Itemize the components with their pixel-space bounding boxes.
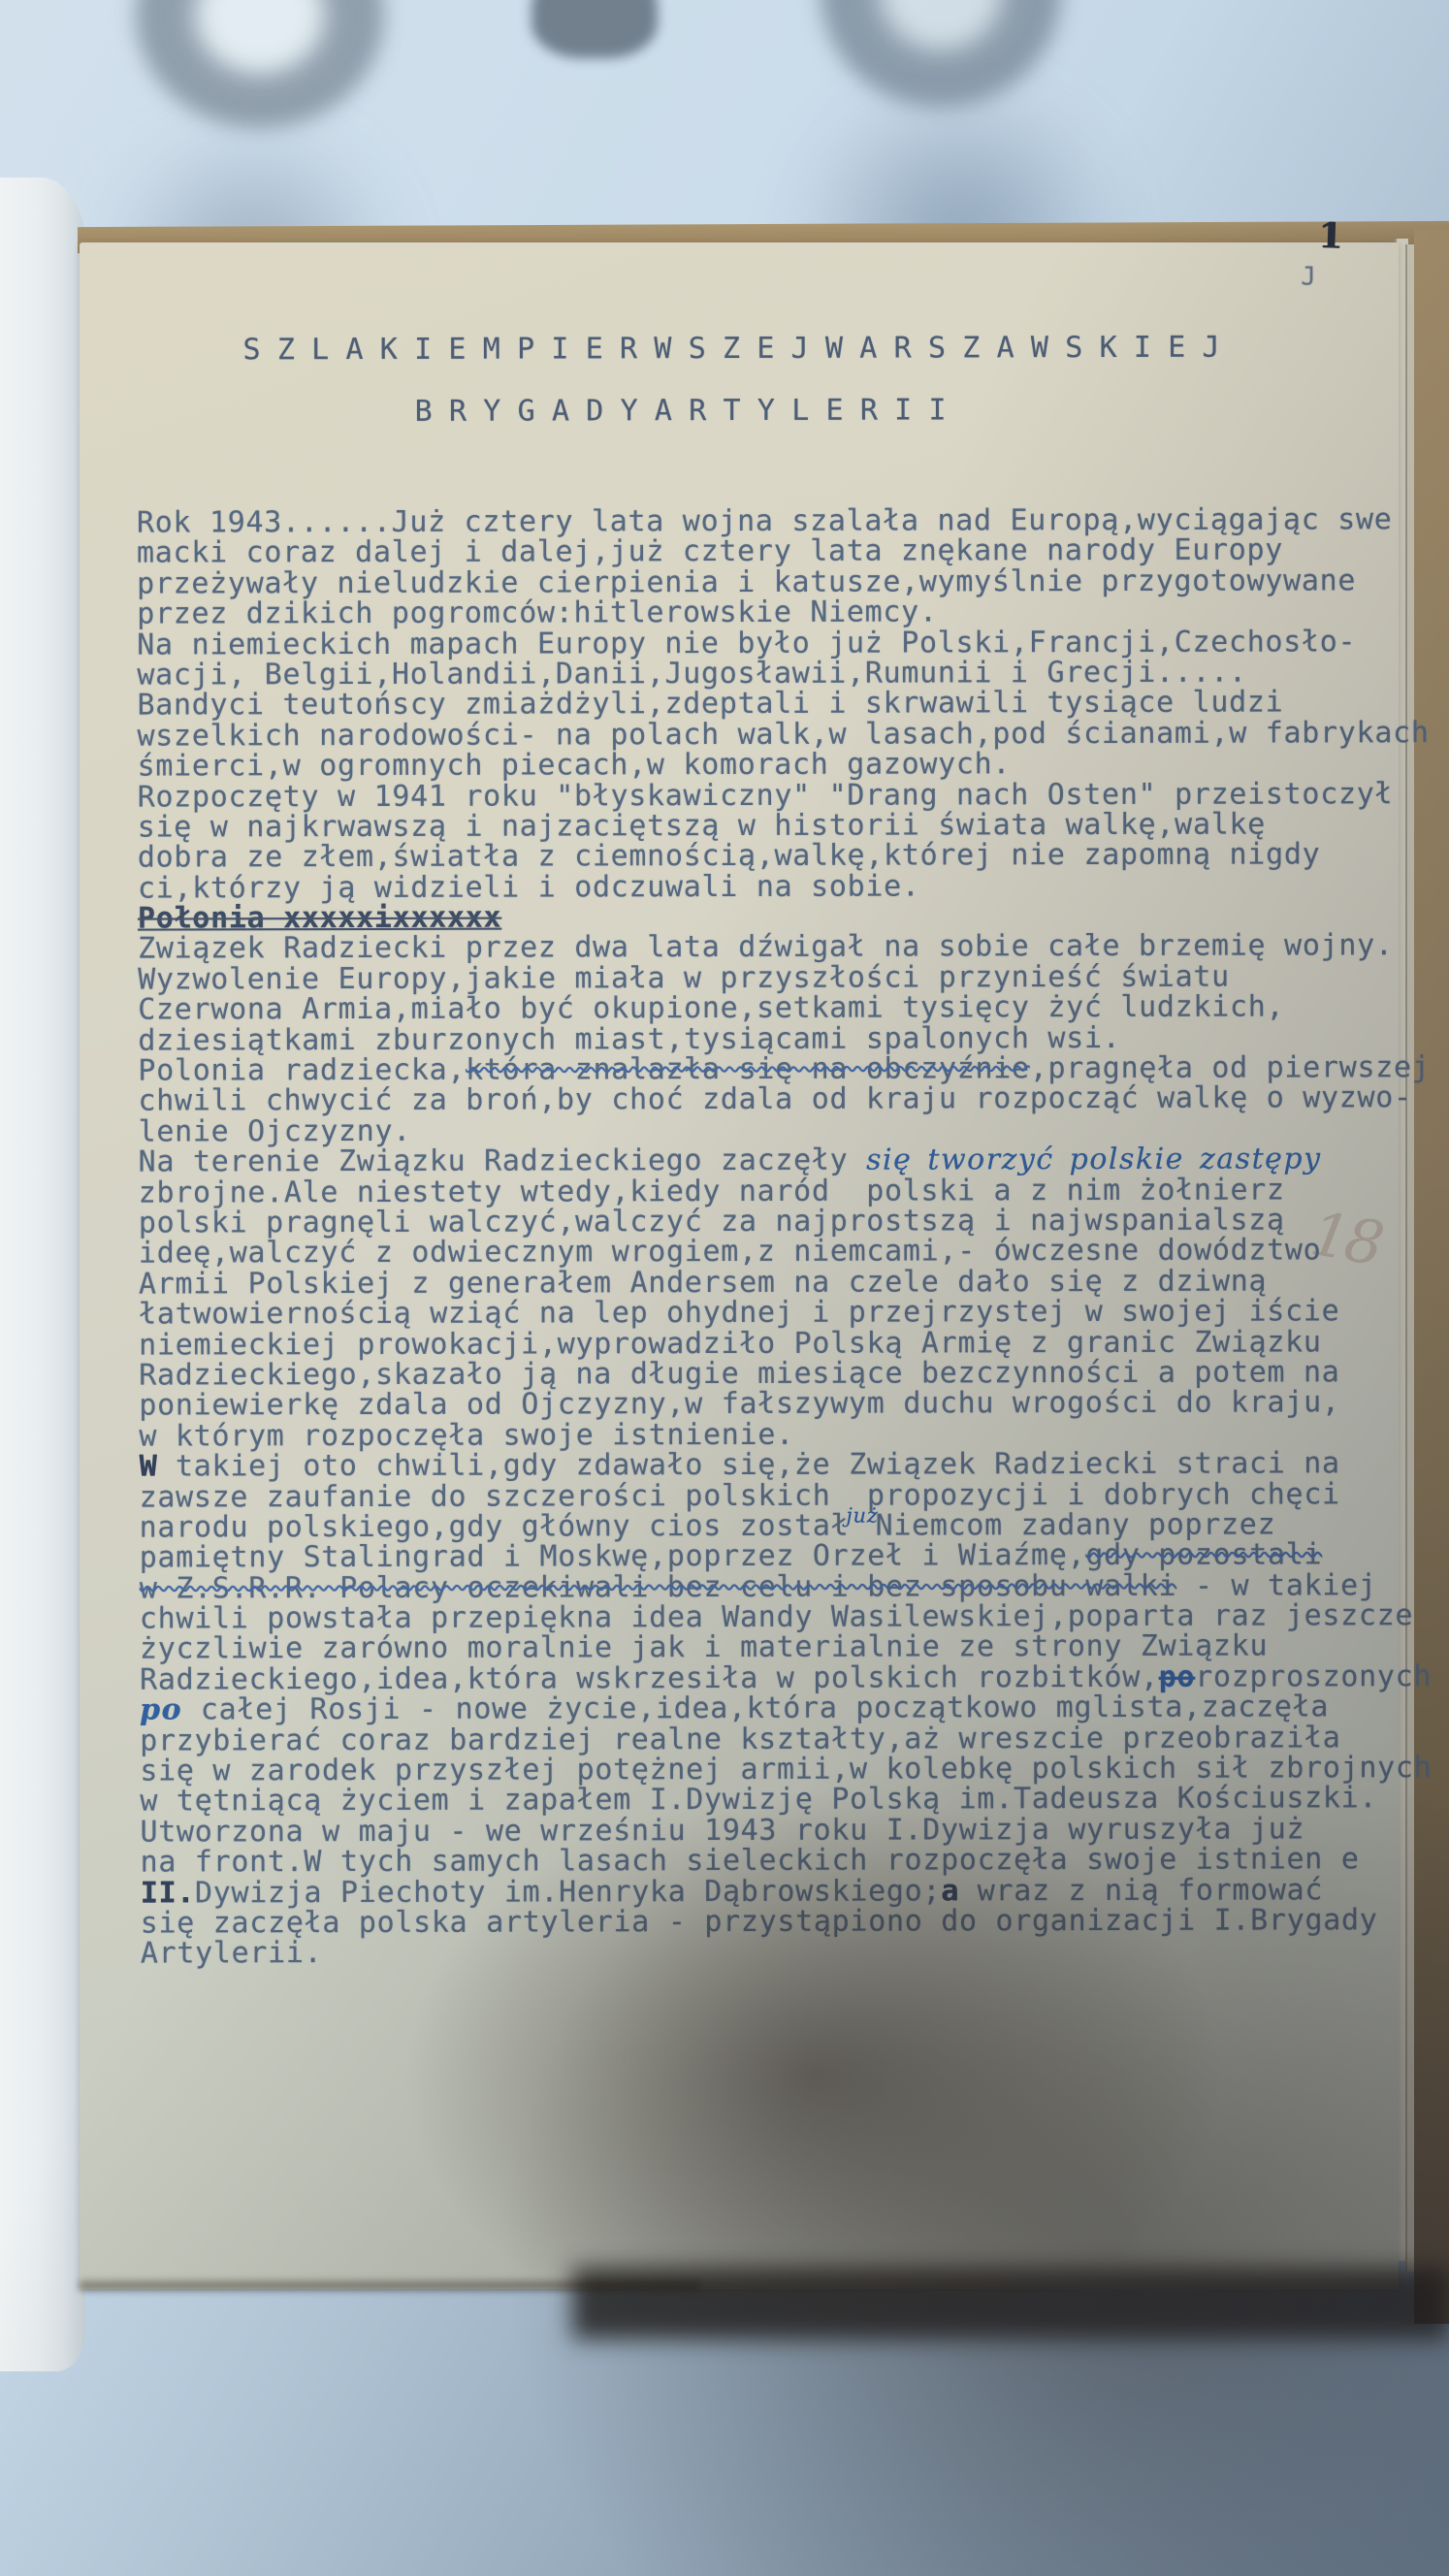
photo-scene: 1 J S Z L A K I E M P I E R W S Z E J W … xyxy=(0,0,1449,2576)
handwritten-segment: po xyxy=(140,1693,182,1727)
typed-line: Czerwona Armia,miało być okupione,setkam… xyxy=(138,991,1418,1025)
typed-line: przeżywały nieludzkie cierpienia i katus… xyxy=(137,565,1417,599)
handwritten-segment: już xyxy=(846,1503,878,1527)
struck-text-segment: po xyxy=(1159,1660,1196,1694)
text-segment: rozproszonych xyxy=(1195,1659,1432,1694)
text-segment: II. xyxy=(141,1876,195,1910)
struck-text-segment: gdy pozostali xyxy=(1085,1538,1322,1573)
typed-line: wszelkich narodowości- na polach walk,w … xyxy=(137,718,1417,752)
text-segment: ci,którzy ją widzieli i odczuwali na sob… xyxy=(138,869,920,905)
typed-line: Artylerii. xyxy=(141,1935,1421,1969)
text-segment: W xyxy=(139,1450,157,1484)
typed-line: dobra ze złem,światła z ciemnością,walkę… xyxy=(138,839,1418,873)
typed-body: Rok 1943......Już cztery lata wojna szal… xyxy=(137,504,1421,1969)
text-segment: się zaczęła polska artyleria - przystąpi… xyxy=(141,1903,1378,1940)
typed-line: poniewierkę zdala od Ojczyzny,w fałszywy… xyxy=(139,1387,1419,1421)
stray-typed-mark: J xyxy=(1301,262,1316,291)
typed-line: ci,którzy ją widzieli i odczuwali na sob… xyxy=(138,870,1418,904)
document-title-line2: B R Y G A D Y A R T Y L E R I I xyxy=(415,393,947,428)
text-segment: chwili chwycić za broń,by choć zdala od … xyxy=(138,1081,1411,1118)
typed-line: chwili chwycić za broń,by choć zdala od … xyxy=(138,1083,1418,1117)
text-segment: a xyxy=(941,1874,959,1908)
text-segment: - w takiej xyxy=(1176,1568,1376,1603)
text-segment: Polonia radziecka, xyxy=(138,1053,466,1088)
text-segment: Artylerii. xyxy=(141,1936,323,1970)
page-content: 1 J S Z L A K I E M P I E R W S Z E J W … xyxy=(0,0,1449,2576)
document-title-line1: S Z L A K I E M P I E R W S Z E J W A R … xyxy=(242,331,1219,368)
page-number: 1 xyxy=(1317,215,1342,257)
typed-line: się zaczęła polska artyleria - przystąpi… xyxy=(141,1905,1421,1939)
text-segment: lenie Ojczyzny. xyxy=(139,1114,412,1149)
